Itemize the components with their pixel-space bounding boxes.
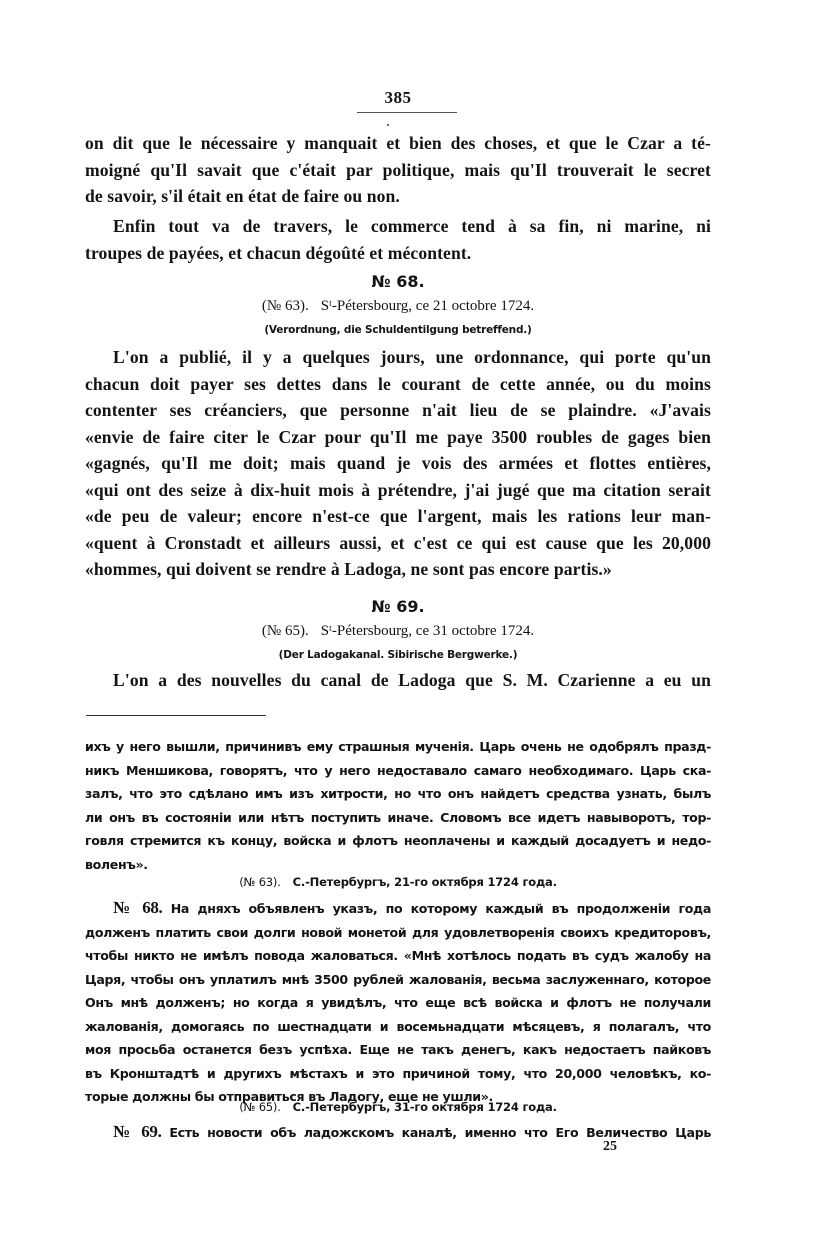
text-span: Есть новости объ ладожскомъ каналѣ, имен… [169, 1125, 711, 1140]
text-line: «quent à Cronstadt et ailleurs aussi, et… [85, 530, 711, 557]
text-line: troupes de payées, et chacun dégoûté et … [85, 240, 711, 267]
russian-document-69: № 69. Есть новости объ ладожскомъ каналѣ… [85, 1120, 711, 1145]
text-line: жалованія, домогаясь по шестнадцати и во… [85, 1015, 711, 1039]
document-subtitle-69: (Der Ladogakanal. Sibirische Bergwerke.) [85, 649, 711, 661]
text-span: На дняхъ объявленъ указъ, по которому ка… [171, 901, 711, 916]
signature-mark: 25 [603, 1139, 617, 1155]
french-paragraph-2: Enfin tout va de travers, le commerce te… [85, 213, 711, 266]
text-line: Enfin tout va de travers, le commerce te… [85, 213, 711, 240]
dateline-ref: (№ 63). [239, 875, 280, 889]
document-number: № 69. [113, 1122, 161, 1141]
footnote-rule [86, 715, 266, 717]
dateline-text: С.-Петербургъ, 21-го октября 1724 года. [293, 875, 557, 889]
header-speck [387, 124, 389, 126]
dateline-68: (№ 63).Sᵗ-Pétersbourg, ce 21 octobre 172… [85, 298, 711, 315]
text-line: залъ, что это сдѣлано имъ изъ хитрости, … [85, 782, 711, 806]
dateline-ref: (№ 63). [262, 298, 309, 314]
page-number: 385 [85, 88, 711, 108]
dateline-text: С.-Петербургъ, 31-го октября 1724 года. [293, 1100, 557, 1114]
text-line: «qui ont des seize à dix-huit mois à pré… [85, 477, 711, 504]
french-document-68-body: L'on a publié, il y a quelques jours, un… [85, 344, 711, 583]
russian-document-68: № 68. На дняхъ объявленъ указъ, по котор… [85, 896, 711, 1109]
document-number-69: № 69. [85, 597, 711, 616]
text-line: ихъ у него вышли, причинивъ ему страшныя… [85, 735, 711, 759]
text-line: on dit que le nécessaire y manquait et b… [85, 130, 711, 157]
header-rule [357, 112, 457, 114]
document-number: № 68. [113, 898, 162, 917]
text-line: № 68. На дняхъ объявленъ указъ, по котор… [85, 896, 711, 921]
text-line: чтобы никто не имѣлъ повода жаловаться. … [85, 944, 711, 968]
text-line: moigné qu'Il savait que c'était par poli… [85, 157, 711, 184]
french-document-69-body: L'on a des nouvelles du canal de Ladoga … [85, 667, 711, 694]
text-line: Царя, чтобы онъ уплатилъ мнѣ 3500 рублей… [85, 968, 711, 992]
text-line: «de peu de valeur; encore n'est-ce que l… [85, 503, 711, 530]
text-line: Онъ мнѣ долженъ; но когда я увидѣлъ, что… [85, 991, 711, 1015]
text-line: L'on a publié, il y a quelques jours, un… [85, 344, 711, 371]
text-line: «hommes, qui doivent se rendre à Ladoga,… [85, 556, 711, 583]
text-line: chacun doit payer ses dettes dans le cou… [85, 371, 711, 398]
text-line: долженъ платить свои долги новой монетой… [85, 921, 711, 945]
text-line: ли онъ въ состояніи или нѣтъ поступить и… [85, 806, 711, 830]
dateline-69: (№ 65).Sᵗ-Pétersbourg, ce 31 octobre 172… [85, 623, 711, 640]
dateline-ref: (№ 65). [239, 1100, 280, 1114]
french-continuation: on dit que le nécessaire y manquait et b… [85, 130, 711, 210]
document-number-68: № 68. [85, 272, 711, 291]
text-line: воленъ». [85, 853, 711, 877]
russian-continuation: ихъ у него вышли, причинивъ ему страшныя… [85, 735, 711, 876]
text-line: «envie de faire citer le Czar pour qu'Il… [85, 424, 711, 451]
dateline-text: Sᵗ-Pétersbourg, ce 21 octobre 1724. [321, 298, 534, 314]
russian-dateline-68: (№ 63).С.-Петербургъ, 21-го октября 1724… [85, 875, 711, 889]
text-line: говля стремится къ концу, войска и флотъ… [85, 829, 711, 853]
document-subtitle-68: (Verordnung, die Schuldentilgung betreff… [85, 324, 711, 336]
text-line: L'on a des nouvelles du canal de Ladoga … [85, 667, 711, 694]
text-line: «gagnés, qu'Il me doit; mais quand je vo… [85, 450, 711, 477]
text-line: въ Кронштадтѣ и другихъ мѣстахъ и это пр… [85, 1062, 711, 1086]
text-line: № 69. Есть новости объ ладожскомъ каналѣ… [85, 1120, 711, 1145]
dateline-ref: (№ 65). [262, 623, 309, 639]
russian-dateline-69: (№ 65).С.-Петербургъ, 31-го октября 1724… [85, 1100, 711, 1114]
text-line: contenter ses créanciers, que personne n… [85, 397, 711, 424]
text-line: de savoir, s'il était en état de faire o… [85, 183, 711, 210]
dateline-text: Sᵗ-Pétersbourg, ce 31 octobre 1724. [321, 623, 534, 639]
text-line: моя просьба останется безъ успѣха. Еще н… [85, 1038, 711, 1062]
text-line: никъ Меншикова, говорятъ, что у него нед… [85, 759, 711, 783]
